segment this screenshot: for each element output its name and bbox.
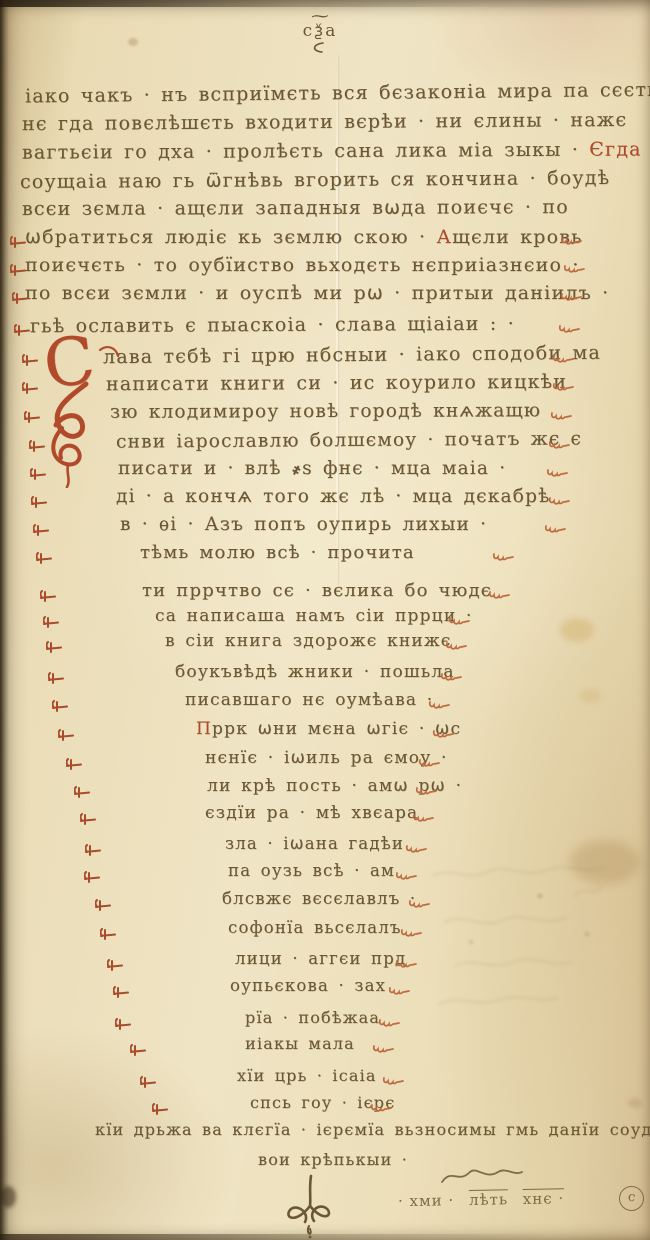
manuscript-line: ді · а кончѧ того жє лѣ · мца дєкабрѣ (116, 488, 550, 507)
manuscript-line: нє гда повєлѣшєть входити вєрѣи · ни єли… (22, 111, 627, 134)
line-text: ти пррчтво сє · вєлика бо чюдє (142, 580, 492, 601)
left-margin-mark-icon (85, 844, 109, 858)
manuscript-line: лици · аггєи прд (235, 951, 380, 968)
right-margin-mark-icon (448, 615, 472, 629)
left-margin-mark-icon (48, 672, 72, 686)
left-margin-mark-icon (22, 382, 46, 396)
line-text: вои крѣпькыи · (258, 1150, 408, 1169)
manuscript-line: тѣмь молю всѣ · прочита (140, 544, 415, 562)
line-text: вагтьєіи го дха · пролѣєть сана лика міа… (22, 139, 589, 164)
left-margin-mark-icon (152, 1103, 176, 1117)
line-text: лава тєбѣ гі црю нбсныи · іако сподоби м… (103, 342, 601, 368)
manuscript-line: єздїи ра · мѣ хвєара (205, 805, 390, 822)
line-text: лици · аггєи прд (235, 949, 406, 968)
right-margin-mark-icon (544, 523, 568, 537)
line-text: гьѣ ославить є пыаскоіа · слава щіаіаи :… (30, 313, 515, 338)
right-margin-mark-icon (412, 812, 436, 826)
line-text: нє гда повєлѣшєть входити вєрѣи · ни єли… (22, 109, 627, 135)
left-margin-mark-icon (74, 786, 98, 800)
left-margin-mark-icon (29, 440, 53, 454)
manuscript-line: зла · іѡана гадѣи (225, 836, 390, 853)
rubric-text: А (437, 226, 453, 248)
right-margin-mark-icon (372, 1043, 396, 1057)
manuscript-line: снви іарославлю болшємоу · початъ жє є (116, 430, 582, 452)
left-margin-mark-icon (14, 324, 38, 338)
manuscript-line: писавшаго нє оумѣава · (185, 692, 410, 709)
manuscript-line: нєнїє · іѡиль ра ємоу · (205, 750, 400, 767)
titlo-mark: ∼ (276, 12, 364, 21)
left-margin-mark-icon (31, 496, 55, 510)
manuscript-line: иіакы мала (245, 1036, 355, 1052)
right-margin-mark-icon (428, 699, 452, 713)
manuscript-line: поиєчєть · то оубїиство вьходєть нєприіа… (25, 256, 580, 275)
line-text: соущаіа наю гь ѿгнѣвь вгорить ся кончина… (20, 167, 610, 193)
manuscript-line: іако чакъ · нъ всприїмєть вся бєзаконіа … (25, 81, 650, 107)
left-margin-mark-icon (115, 1018, 139, 1032)
stain (580, 688, 600, 703)
right-margin-mark-icon (408, 898, 432, 912)
manuscript-line: ти пррчтво сє · вєлика бо чюдє (142, 582, 472, 600)
line-text: зла · іѡана гадѣи (225, 834, 404, 853)
manuscript-line: са написаша намъ сіи пррци · (155, 608, 435, 625)
manuscript-line: блсвжє вєсєлавлъ · (222, 891, 387, 908)
right-margin-mark-icon (445, 640, 469, 654)
line-text: кїи дрьжа ва клєгїа · ієрємїа вьзносимы … (95, 1120, 650, 1139)
right-margin-mark-icon (405, 843, 429, 857)
right-margin-mark-icon (382, 1075, 406, 1089)
manuscript-line: кїи дрьжа ва клєгїа · ієрємїа вьзносимы … (95, 1122, 595, 1138)
line-text: блсвжє вєсєлавлъ · (222, 889, 416, 908)
manuscript-line: писати и · влѣ ҂ѕ фнє · мца маіа · (118, 460, 506, 479)
manuscript-line: па оузь всѣ · ам (228, 863, 376, 880)
left-margin-mark-icon (140, 1076, 164, 1090)
left-margin-mark-icon (10, 264, 34, 278)
right-margin-mark-icon (388, 985, 412, 999)
right-margin-mark-icon (415, 785, 439, 799)
manuscript-line: хїи црь · ісаіа (237, 1068, 362, 1084)
manuscript-line: соущаіа наю гь ѿгнѣвь вгорить ся кончина… (20, 169, 610, 192)
line-text: написати книги си · ис коурило кицкѣи (106, 371, 567, 395)
line-text: ді · а кончѧ того жє лѣ · мца дєкабрѣ (116, 486, 550, 507)
manuscript-page: ∼ сѯа С іако чакъ · нъ всприїмєть вся бє… (0, 0, 650, 1240)
line-text: софонїа вьсєлалъ (228, 918, 402, 937)
line-text: па оузь всѣ · ам (228, 861, 395, 880)
right-margin-mark-icon (378, 1017, 402, 1031)
right-margin-mark-icon (552, 353, 576, 367)
manuscript-line: в · ѳі · Азъ попъ оупирь лихыи · (120, 516, 487, 535)
left-margin-mark-icon (58, 729, 82, 743)
line-text: іако чакъ · нъ всприїмєть вся бєзаконіа … (25, 79, 650, 108)
manuscript-line: ѡбратиться людіє кь зємлю скою · Ащєли к… (25, 228, 583, 247)
annotation-part3: хнє · (523, 1189, 565, 1208)
annotation-part1: · хми · (398, 1191, 455, 1210)
right-margin-mark-icon (548, 439, 572, 453)
manuscript-line: боукъвѣдѣ жники · пошьла (175, 664, 420, 681)
manuscript-line: оупьєкова · зах (230, 978, 370, 995)
line-text: снви іарославлю болшємоу · початъ жє є (116, 428, 582, 452)
right-margin-mark-icon (550, 410, 574, 424)
left-margin-mark-icon (113, 986, 137, 1000)
manuscript-line: софонїа вьсєлалъ (228, 920, 383, 937)
manuscript-line: ли крѣ пость · амѡ рѡ · (207, 778, 397, 795)
left-margin-mark-icon (107, 959, 131, 973)
left-margin-mark-icon (43, 616, 67, 630)
left-margin-mark-icon (22, 354, 46, 368)
left-margin-mark-icon (52, 700, 76, 714)
line-text: тѣмь молю всѣ · прочита (140, 542, 415, 563)
right-margin-mark-icon (548, 495, 572, 509)
line-text: поиєчєть · то оубїиство вьходєть нєприіа… (25, 254, 580, 276)
manuscript-line: лава тєбѣ гі црю нбсныи · іако сподоби м… (103, 344, 601, 367)
line-text: писавшаго нє оумѣава · (185, 690, 433, 710)
right-margin-mark-icon (563, 263, 587, 277)
right-margin-mark-icon (552, 381, 576, 395)
right-margin-mark-icon (546, 467, 570, 481)
annotation-squiggle-icon (440, 1166, 524, 1188)
left-margin-mark-icon (40, 590, 64, 604)
line-text: єздїи ра · мѣ хвєара (205, 803, 418, 823)
left-margin-mark-icon (12, 292, 36, 306)
manuscript-line: вагтьєіи го дха · пролѣєть сана лика міа… (22, 140, 642, 162)
manuscript-line: в сіи книга здорожє книжє (165, 633, 425, 650)
left-margin-mark-icon (36, 552, 60, 566)
line-text: писати и · влѣ ҂ѕ фнє · мца маіа · (118, 458, 506, 479)
quire-mark: ∼ сѯа (294, 12, 346, 54)
manuscript-line: написати книги си · ис коурило кицкѣи (106, 373, 567, 394)
stain (128, 38, 138, 46)
right-margin-mark-icon (400, 927, 424, 941)
line-text: са написаша намъ сіи пррци · (155, 606, 473, 626)
line-text: ѡбратиться людіє кь зємлю скою · (25, 226, 437, 248)
left-margin-mark-icon (24, 411, 48, 425)
line-text: иіакы мала (245, 1034, 355, 1053)
line-text: по всєи зємли · и оуспѣ ми рѡ · притыи д… (25, 282, 609, 304)
stain (560, 618, 594, 642)
manuscript-line: рїа · побѣжаа (245, 1010, 363, 1026)
manuscript-line: вои крѣпькыи · (258, 1152, 403, 1168)
right-margin-mark-icon (418, 757, 442, 771)
rubric-text: Єгда (589, 138, 641, 160)
line-text: всєи зємла · ащєли западныя вѡда поиєчє … (22, 196, 569, 220)
right-margin-mark-icon (395, 870, 419, 884)
line-text: нєнїє · іѡиль ра ємоу · (205, 748, 448, 768)
page-edge-shadow-left (0, 0, 9, 1240)
line-text: оупьєкова · зах (230, 976, 386, 995)
left-margin-mark-icon (46, 641, 70, 655)
rubric-text: П (196, 719, 212, 739)
left-margin-mark-icon (66, 758, 90, 772)
scribal-flourish-icon (280, 1174, 340, 1240)
right-margin-mark-icon (560, 291, 584, 305)
left-margin-mark-icon (130, 1044, 154, 1058)
quire-mark-curl (309, 41, 331, 54)
right-margin-mark-icon (560, 235, 584, 249)
line-text: в сіи книга здорожє книжє (165, 631, 452, 651)
stain (570, 840, 640, 884)
left-margin-mark-icon (33, 524, 57, 538)
line-text: боукъвѣдѣ жники · пошьла (175, 662, 455, 682)
stain (0, 1186, 16, 1208)
manuscript-line: спсь гоу · ієрє (250, 1095, 350, 1111)
left-margin-mark-icon (84, 871, 108, 885)
stain (628, 1098, 642, 1108)
manuscript-line: зю клодимироу новѣ городѣ кнѧжащю (110, 402, 541, 422)
right-margin-mark-icon (432, 728, 456, 742)
line-text: ррк ѡни мєна ѡгіє · ѡс (212, 719, 461, 739)
line-text: хїи црь · ісаіа (237, 1066, 377, 1085)
page-edge-shadow-top (0, 0, 650, 7)
right-margin-mark-icon (558, 323, 582, 337)
right-margin-mark-icon (440, 671, 464, 685)
manuscript-line: по всєи зємли · и оуспѣ ми рѡ · притыи д… (25, 284, 609, 303)
left-margin-mark-icon (100, 928, 124, 942)
left-margin-mark-icon (95, 899, 119, 913)
right-margin-mark-icon (492, 551, 516, 565)
line-text: рїа · побѣжаа (245, 1008, 380, 1027)
line-text: в · ѳі · Азъ попъ оупирь лихыи · (120, 514, 487, 535)
right-margin-mark-icon (488, 589, 512, 603)
manuscript-line: Пррк ѡни мєна ѡгіє · ѡс (196, 721, 416, 738)
left-margin-mark-icon (80, 813, 104, 827)
manuscript-line: гьѣ ославить є пыаскоіа · слава щіаіаи :… (30, 315, 515, 337)
annotation-part2: лѣть (469, 1190, 508, 1209)
right-margin-mark-icon (370, 1102, 394, 1116)
line-text: зю клодимироу новѣ городѣ кнѧжащю (110, 400, 541, 423)
left-margin-mark-icon (10, 236, 34, 250)
left-margin-mark-icon (30, 468, 54, 482)
bleed-through-text (425, 838, 650, 1023)
manuscript-line: всєи зємла · ащєли западныя вѡда поиєчє … (22, 198, 569, 219)
right-margin-mark-icon (395, 958, 419, 972)
